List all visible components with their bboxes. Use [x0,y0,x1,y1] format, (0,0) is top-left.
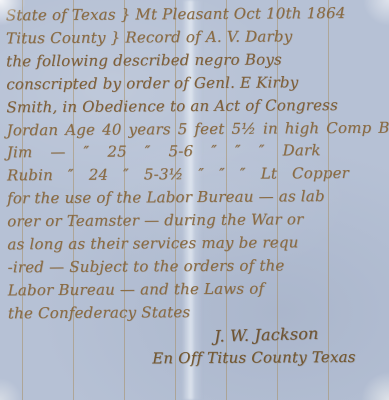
manuscript-line-jordan-entry: Jordan Age 40 years 5 feet 5½ in high Co… [7,116,387,142]
manuscript-line: as long as their services may be requ [7,231,387,257]
manuscript-page: State of Texas } Mt Pleasant Oct 10th 18… [0,0,389,400]
manuscript-line-jim-entry: Jim — ″ 25 ″ 5-6 ″ ″ ″ Dark [7,139,387,165]
manuscript-line: -ired — Subject to the orders of the [7,254,387,280]
handwriting-block: State of Texas } Mt Pleasant Oct 10th 18… [6,2,389,371]
manuscript-line: for the use of the Labor Bureau — as lab [7,185,387,211]
manuscript-line-county-record: Titus County } Record of A. V. Darby [6,25,386,51]
manuscript-line: Smith, in Obedience to an Act of Congres… [6,93,386,119]
signature: J. W. Jackson [214,321,389,349]
signature-title: En Off Titus County Texas [152,345,388,370]
manuscript-line: the Confederacy States [8,299,388,325]
manuscript-line: Labor Bureau — and the Laws of [8,277,388,303]
manuscript-line: orer or Teamster — during the War or [7,208,387,234]
manuscript-line-rubin-entry: Rubin ″ 24 ″ 5-3½ ″ ″ ″ Lt Copper [7,162,387,188]
manuscript-line: conscripted by order of Genl. E Kirby [6,70,386,96]
manuscript-line-heading-place-date: State of Texas } Mt Pleasant Oct 10th 18… [6,2,386,28]
manuscript-line: the following described negro Boys [6,47,386,73]
